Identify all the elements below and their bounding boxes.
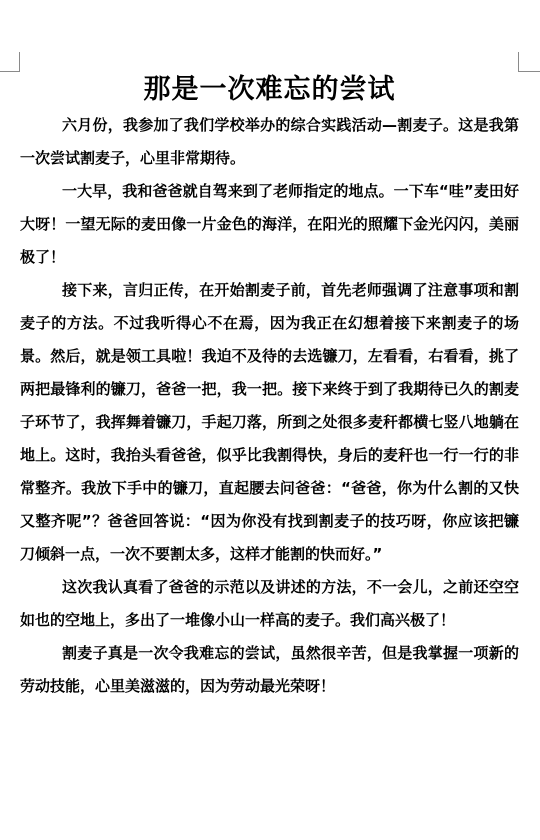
document-body: 那是一次难忘的尝试 六月份，我参加了我们学校举办的综合实践活动—割麦子。这是我第… [20, 71, 519, 703]
margin-crop-mark-top-right [518, 52, 540, 72]
paragraph-5: 割麦子真是一次令我难忘的尝试，虽然很辛苦，但是我掌握一项新的劳动技能，心里美滋滋… [20, 637, 519, 703]
paragraph-2: 一大早，我和爸爸就自驾来到了老师指定的地点。一下车“哇”麦田好大呀！一望无际的麦… [20, 175, 519, 274]
document-page: 那是一次难忘的尝试 六月份，我参加了我们学校举办的综合实践活动—割麦子。这是我第… [0, 0, 540, 840]
paragraph-1: 六月份，我参加了我们学校举办的综合实践活动—割麦子。这是我第一次尝试割麦子，心里… [20, 109, 519, 175]
paragraph-4: 这次我认真看了爸爸的示范以及讲述的方法，不一会儿，之前还空空如也的空地上，多出了… [20, 571, 519, 637]
paragraph-3: 接下来，言归正传，在开始割麦子前，首先老师强调了注意事项和割麦子的方法。不过我听… [20, 274, 519, 571]
document-title: 那是一次难忘的尝试 [20, 71, 519, 109]
margin-crop-mark-top-left [0, 52, 20, 72]
